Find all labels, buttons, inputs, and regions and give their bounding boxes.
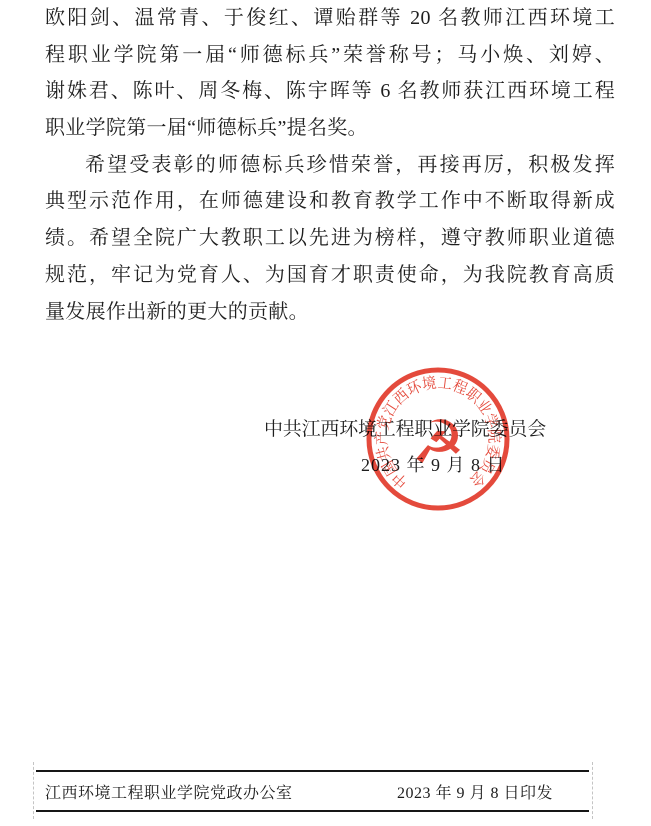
body-line: 欧阳剑、温常青、于俊红、谭贻群等 20 名教师江西环境工 bbox=[45, 0, 615, 37]
body-line: 绩。希望全院广大教职工以先进为榜样，遵守教师职业道德 bbox=[45, 220, 615, 257]
body-line: 程职业学院第一届“师德标兵”荣誉称号；马小焕、刘婷、 bbox=[45, 37, 615, 74]
official-seal: 中国共产党江西环境工程职业学院委员会 ☭ bbox=[363, 366, 513, 516]
footer-gridline-right bbox=[592, 762, 593, 819]
body-line: 希望受表彰的师德标兵珍惜荣誉，再接再厉，积极发挥 bbox=[45, 147, 615, 184]
body-line: 量发展作出新的更大的贡献。 bbox=[45, 294, 615, 331]
hammer-sickle-icon: ☭ bbox=[411, 408, 465, 478]
footer-gridline-left bbox=[33, 762, 34, 819]
footer-bar: 江西环境工程职业学院党政办公室 2023 年 9 月 8 日印发 bbox=[36, 770, 589, 812]
document-page: 欧阳剑、温常青、于俊红、谭贻群等 20 名教师江西环境工 程职业学院第一届“师德… bbox=[0, 0, 651, 826]
footer-print-date: 2023 年 9 月 8 日印发 bbox=[397, 780, 553, 803]
document-body: 欧阳剑、温常青、于俊红、谭贻群等 20 名教师江西环境工 程职业学院第一届“师德… bbox=[45, 0, 615, 330]
body-line: 谢姝君、陈叶、周冬梅、陈宇晖等 6 名教师获江西环境工程 bbox=[45, 73, 615, 110]
body-line: 典型示范作用，在师德建设和教育教学工作中不断取得新成 bbox=[45, 183, 615, 220]
body-line: 规范，牢记为党育人、为国育才职责使命，为我院教育高质 bbox=[45, 257, 615, 294]
footer-issuer: 江西环境工程职业学院党政办公室 bbox=[45, 780, 293, 803]
body-line: 职业学院第一届“师德标兵”提名奖。 bbox=[45, 110, 615, 147]
